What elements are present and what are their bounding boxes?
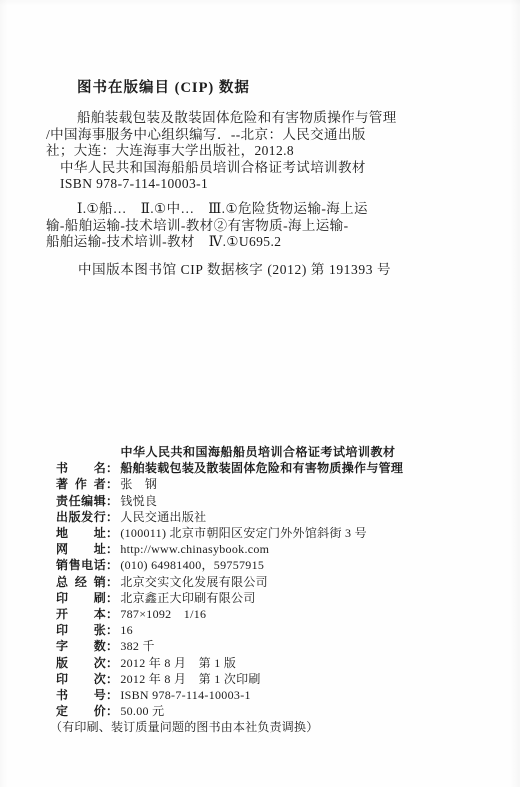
row-value: ISBN 978-7-114-10003-1 xyxy=(120,687,250,703)
row-colon: ： xyxy=(106,687,118,703)
colophon-row-website: 网址：http://www.chinasybook.com xyxy=(56,541,460,557)
row-value: (010) 64981400，59757915 xyxy=(120,557,264,573)
cip-isbn-line: ISBN 978-7-114-10003-1 xyxy=(60,176,466,192)
row-label: 总经销 xyxy=(56,574,106,590)
colophon-section: 中华人民共和国海船船员培训合格证考试培训教材 书名：船舶装载包装及散装固体危险和… xyxy=(56,444,460,736)
row-value: 2012 年 8 月 第 1 次印刷 xyxy=(120,671,260,687)
row-colon: ： xyxy=(106,541,118,557)
row-colon: ： xyxy=(106,509,118,525)
row-label: 著作者 xyxy=(56,476,106,492)
row-label: 书号 xyxy=(56,687,106,703)
row-label: 印刷 xyxy=(56,590,106,606)
row-value: 382 千 xyxy=(120,638,155,654)
row-colon: ： xyxy=(106,622,118,638)
colophon-row-author: 著作者：张 钢 xyxy=(56,476,460,492)
book-copyright-page: 图书在版编目 (CIP) 数据 船舶装载包装及散装固体危险和有害物质操作与管理 … xyxy=(0,0,520,787)
cip-series-line: 中华人民共和国海船船员培训合格证考试培训教材 xyxy=(60,160,466,176)
row-value: 船舶装载包装及散装固体危险和有害物质操作与管理 xyxy=(120,460,403,476)
series-title: 中华人民共和国海船船员培训合格证考试培训教材 xyxy=(56,444,460,460)
row-value: 2012 年 8 月 第 1 版 xyxy=(120,655,236,671)
colophon-row-editor: 责任编辑：钱悦良 xyxy=(56,493,460,509)
colophon-row-edition: 版次：2012 年 8 月 第 1 版 xyxy=(56,655,460,671)
row-value: 16 xyxy=(120,622,133,638)
row-label: 版次 xyxy=(56,655,106,671)
row-value: http://www.chinasybook.com xyxy=(120,541,269,557)
colophon-row-title: 书名：船舶装载包装及散装固体危险和有害物质操作与管理 xyxy=(56,460,460,476)
cip-publisher-line-1: /中国海事服务中心组织编写．--北京：人民交通出版 xyxy=(46,127,466,143)
row-colon: ： xyxy=(106,557,118,573)
row-value: 50.00 元 xyxy=(120,703,164,719)
row-colon: ： xyxy=(106,703,118,719)
colophon-row-publisher: 出版发行：人民交通出版社 xyxy=(56,509,460,525)
quality-exchange-note: （有印刷、装订质量问题的图书由本社负责调换） xyxy=(50,719,460,735)
row-label: 出版发行 xyxy=(56,509,106,525)
cip-publisher-line-2: 社；大连：大连海事大学出版社，2012.8 xyxy=(46,143,466,159)
row-colon: ： xyxy=(106,574,118,590)
colophon-row-isbn: 书号：ISBN 978-7-114-10003-1 xyxy=(56,687,460,703)
row-value: (100011) 北京市朝阳区安定门外外馆斜街 3 号 xyxy=(120,525,367,541)
row-label: 定价 xyxy=(56,703,106,719)
cip-classification: Ⅰ.①船… Ⅱ.①中… Ⅲ.①危险货物运输-海上运 输-船舶运输-技术培训-教材… xyxy=(46,201,466,250)
row-value: 北京鑫正大印刷有限公司 xyxy=(120,590,255,606)
row-label: 印次 xyxy=(56,671,106,687)
cip-class-line-3: 船舶运输-技术培训-教材 Ⅳ.①U695.2 xyxy=(46,234,466,250)
colophon-row-sheets: 印张：16 xyxy=(56,622,460,638)
row-label: 销售电话 xyxy=(56,557,106,573)
row-value: 北京交实文化发展有限公司 xyxy=(120,574,268,590)
row-colon: ： xyxy=(106,525,118,541)
row-colon: ： xyxy=(106,493,118,509)
row-label: 开本 xyxy=(56,606,106,622)
cip-section: 图书在版编目 (CIP) 数据 船舶装载包装及散装固体危险和有害物质操作与管理 … xyxy=(46,80,466,278)
row-label: 印张 xyxy=(56,622,106,638)
cip-class-line-1: Ⅰ.①船… Ⅱ.①中… Ⅲ.①危险货物运输-海上运 xyxy=(77,201,466,217)
row-colon: ： xyxy=(106,606,118,622)
colophon-row-sales-phone: 销售电话：(010) 64981400，59757915 xyxy=(56,557,460,573)
row-colon: ： xyxy=(106,476,118,492)
cip-title-line: 船舶装载包装及散装固体危险和有害物质操作与管理 xyxy=(77,110,466,126)
row-value: 787×1092 1/16 xyxy=(120,606,206,622)
cip-paragraph: 船舶装载包装及散装固体危险和有害物质操作与管理 /中国海事服务中心组织编写．--… xyxy=(46,110,466,192)
row-colon: ： xyxy=(106,460,118,476)
row-value: 张 钢 xyxy=(120,476,157,492)
row-colon: ： xyxy=(106,590,118,606)
cip-record-number: 中国版本图书馆 CIP 数据核字 (2012) 第 191393 号 xyxy=(78,262,466,278)
row-colon: ： xyxy=(106,671,118,687)
colophon-row-price: 定价：50.00 元 xyxy=(56,703,460,719)
row-value: 人民交通出版社 xyxy=(120,509,206,525)
row-colon: ： xyxy=(106,638,118,654)
row-label: 责任编辑 xyxy=(56,493,106,509)
row-value: 钱悦良 xyxy=(120,493,157,509)
row-label: 字数 xyxy=(56,638,106,654)
colophon-row-format: 开本：787×1092 1/16 xyxy=(56,606,460,622)
colophon-row-impression: 印次：2012 年 8 月 第 1 次印刷 xyxy=(56,671,460,687)
row-colon: ： xyxy=(106,655,118,671)
cip-heading: 图书在版编目 (CIP) 数据 xyxy=(77,80,466,96)
colophon-row-address: 地址：(100011) 北京市朝阳区安定门外外馆斜街 3 号 xyxy=(56,525,460,541)
row-label: 网址 xyxy=(56,541,106,557)
row-label: 地址 xyxy=(56,525,106,541)
cip-class-line-2: 输-船舶运输-技术培训-教材②有害物质-海上运输- xyxy=(46,218,466,234)
colophon-row-word-count: 字数：382 千 xyxy=(56,638,460,654)
colophon-row-distributor: 总经销：北京交实文化发展有限公司 xyxy=(56,574,460,590)
row-label: 书名 xyxy=(56,460,106,476)
colophon-row-printer: 印刷：北京鑫正大印刷有限公司 xyxy=(56,590,460,606)
